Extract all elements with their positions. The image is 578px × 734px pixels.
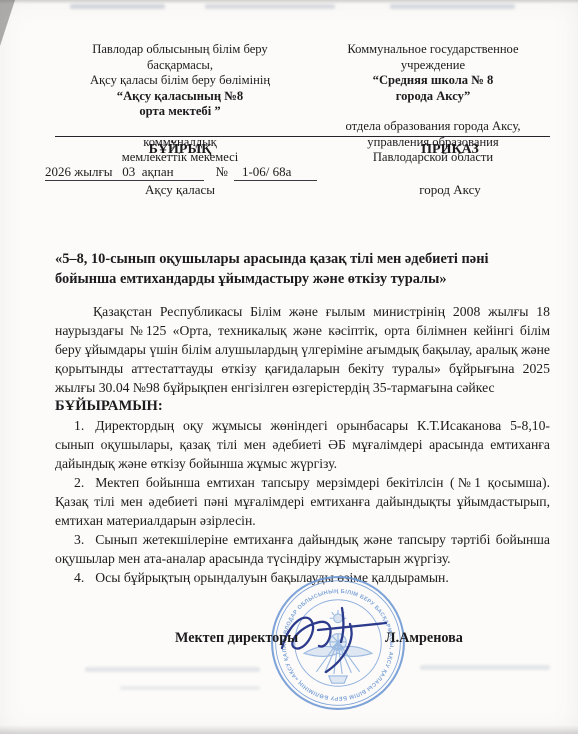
place-row: Ақсу қаласы город Аксу — [55, 182, 550, 198]
document-body: Қазақстан Республикасы Білім және ғылым … — [55, 302, 550, 587]
order-heading-russian: ПРИКАЗ — [350, 142, 550, 158]
order-heading-row: БҰЙРЫҚ ПРИКАЗ — [55, 142, 550, 158]
place-russian: город Аксу — [350, 182, 550, 198]
order-item: 3.Сынып жетекшілеріне емтиханға дайындық… — [55, 530, 550, 568]
legal-basis-paragraph: Қазақстан Республикасы Білім және ғылым … — [55, 302, 550, 397]
letterhead-kazakh-school-name: “Ақсу қаласының №8 орта мектебі ” — [55, 89, 305, 120]
bleedthrough-artifact — [205, 4, 335, 9]
letterhead-kazakh-top: Павлодар облысының білім беру басқармасы… — [90, 42, 270, 87]
item-text: Сынып жетекшілеріне емтиханға дайындық ж… — [55, 532, 550, 566]
number-sign: № — [216, 164, 228, 179]
scanned-order-document: Павлодар облысының білім беру басқармасы… — [0, 0, 578, 734]
resolve-heading: БҰЙЫРАМЫН: — [55, 397, 550, 416]
scan-edge-bottom — [0, 725, 578, 734]
letterhead-russian-top: Коммунальное государственное учреждение — [347, 42, 518, 71]
order-number: 1-06/ 68а — [234, 164, 317, 181]
item-text: Директордың оқу жұмысы жөніндегі орынбас… — [55, 418, 550, 471]
letterhead-russian-school-name: “Средняя школа № 8 города Аксу” — [315, 73, 551, 104]
bleedthrough-artifact — [70, 4, 165, 9]
item-number: 4. — [74, 570, 84, 585]
order-item: 1.Директордың оқу жұмысы жөніндегі орынб… — [55, 416, 550, 473]
signatory-role: Мектеп директоры — [175, 630, 298, 647]
item-number: 3. — [74, 532, 84, 547]
signatory-name: Л.Амренова — [385, 630, 463, 647]
bleedthrough-artifact — [420, 665, 550, 670]
header-divider-line — [55, 136, 550, 137]
order-date: 2026 жылғы 03 ақпан — [45, 164, 204, 181]
date-number-row: 2026 жылғы 03 ақпан№1-06/ 68а — [45, 164, 317, 181]
item-number: 2. — [74, 475, 84, 490]
item-text: Мектеп бойынша емтихан тапсыру мерзімдер… — [55, 475, 550, 528]
bleedthrough-artifact — [390, 4, 515, 9]
bleedthrough-artifact — [85, 667, 260, 672]
item-number: 1. — [74, 418, 84, 433]
order-item: 2.Мектеп бойынша емтихан тапсыру мерзімд… — [55, 473, 550, 530]
scan-corner-artifact — [0, 0, 15, 46]
document-title: «5–8, 10-сынып оқушылары арасында қазақ … — [55, 249, 541, 289]
order-heading-kazakh: БҰЙРЫҚ — [55, 142, 305, 158]
bleedthrough-artifact — [120, 686, 260, 690]
place-kazakh: Ақсу қаласы — [55, 182, 305, 198]
